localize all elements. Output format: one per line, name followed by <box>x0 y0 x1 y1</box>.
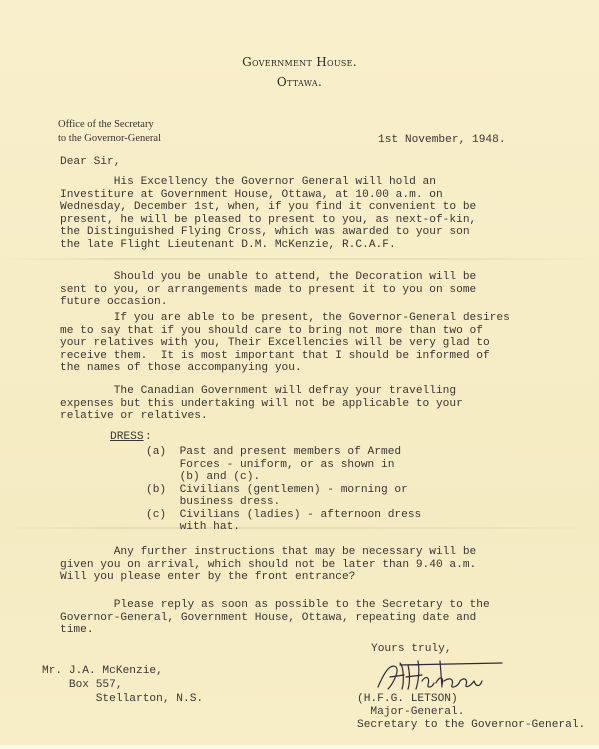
recipient-address: Mr. J.A. McKenzie, Box 557, Stellarton, … <box>42 664 203 706</box>
office-block: Office of the Secretary to the Governor-… <box>58 118 161 146</box>
paragraph-investiture: His Excellency the Governor General will… <box>60 176 476 251</box>
paragraph-relatives: If you are able to be present, the Gover… <box>60 312 510 375</box>
salutation: Dear Sir, <box>60 156 120 168</box>
handwritten-signature <box>370 655 510 695</box>
letterhead-city: Ottawa. <box>0 75 599 89</box>
dress-label: DRESS <box>110 431 144 443</box>
signatory-block: (H.F.G. LETSON) Major-General. Secretary… <box>357 693 585 732</box>
page-bottom-edge <box>0 745 599 749</box>
paragraph-travel-expenses: The Canadian Government will defray your… <box>60 385 463 423</box>
dress-code-list: (a) Past and present members of Armed Fo… <box>146 446 421 534</box>
paragraph-reply: Please reply as soon as possible to the … <box>60 599 490 637</box>
paragraph-instructions: Any further instructions that may be nec… <box>60 546 476 584</box>
office-line-1: Office of the Secretary <box>58 118 161 132</box>
dress-colon: : <box>145 431 152 443</box>
letterhead-title: Government House. <box>0 55 599 69</box>
office-line-2: to the Governor-General <box>58 132 161 146</box>
closing: Yours truly, <box>371 643 452 655</box>
dress-heading: DRESS <box>110 431 144 443</box>
paragraph-unable-attend: Should you be unable to attend, the Deco… <box>60 271 476 309</box>
letter-date: 1st November, 1948. <box>378 134 506 146</box>
paper-fold-line <box>0 258 599 260</box>
